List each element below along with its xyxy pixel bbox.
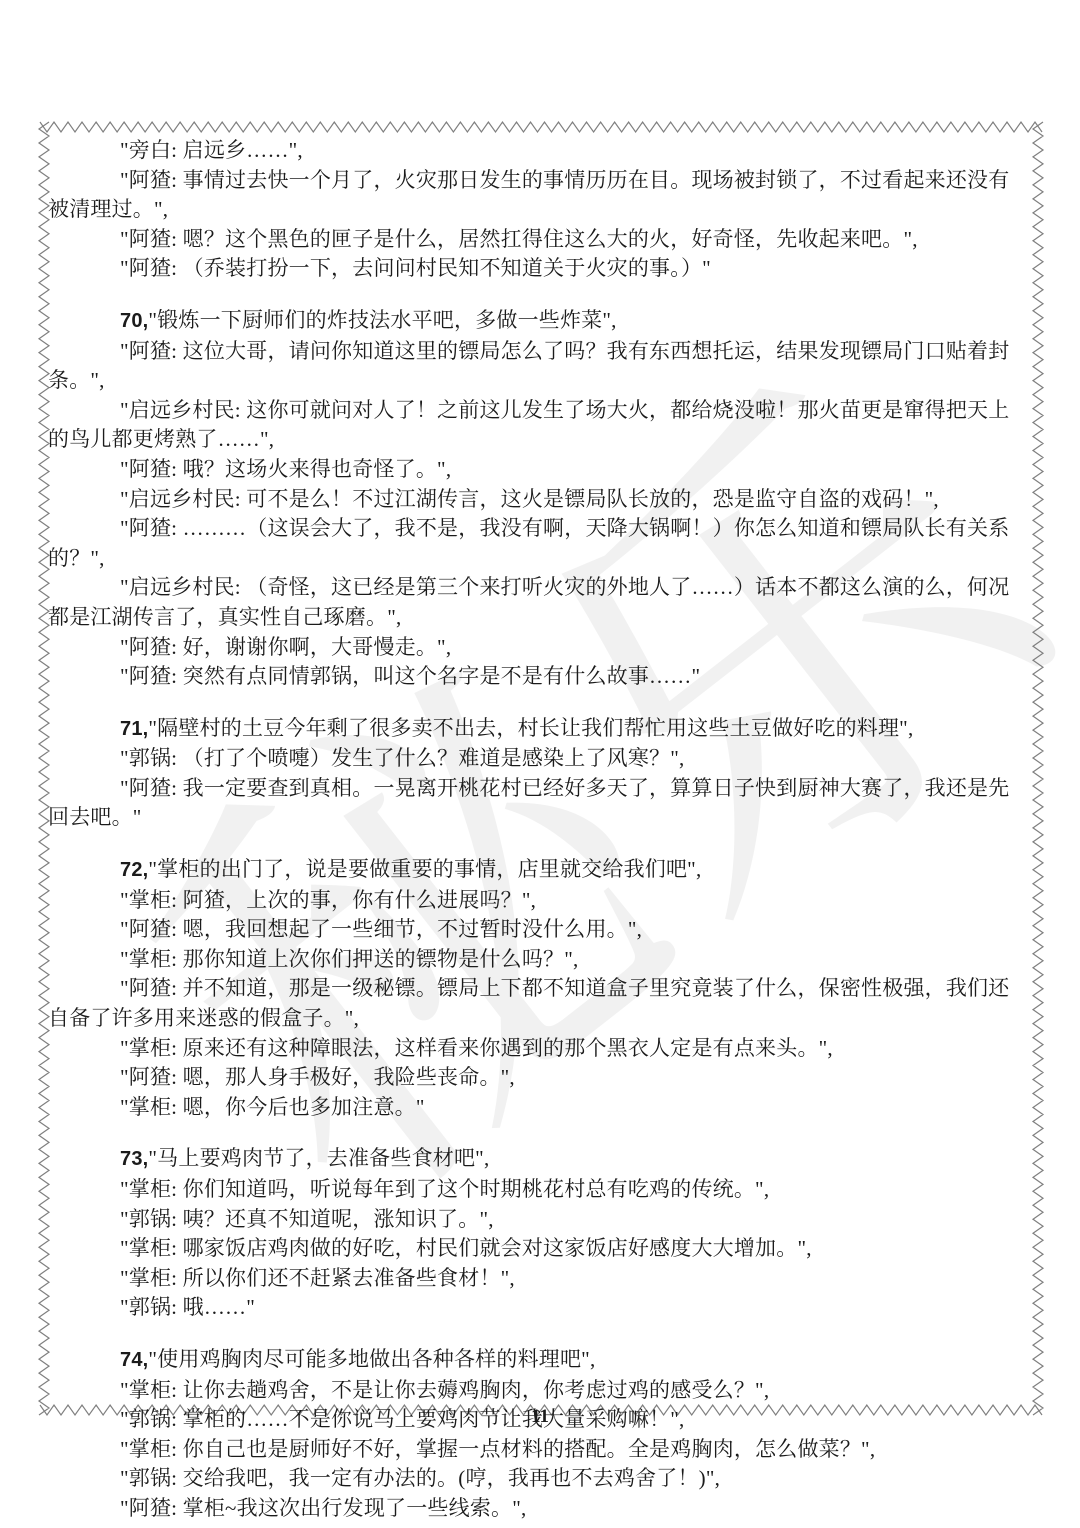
dialogue-line: "郭锅: 交给我吧，我一定有办法的。(哼，我再也不去鸡舍了！)", [48, 1464, 1028, 1494]
dialogue-line: "掌柜: 原来还有这种障眼法，这样看来你遇到的那个黑衣人定是有点来头。", [48, 1034, 1028, 1064]
section-header: 72,"掌柜的出门了，说是要做重要的事情，店里就交给我们吧", [48, 855, 1028, 886]
dialogue-line: "郭锅: （打了个喷嚏）发生了什么？难道是感染上了风寒？", [48, 744, 1028, 774]
dialogue-line: "掌柜: 阿猹，上次的事，你有什么进展吗？", [48, 886, 1028, 916]
dialogue-line: "阿猹: 并不知道，那是一级秘镖。镖局上下都不知道盒子里究竟装了什么，保密性极强… [48, 974, 1028, 1033]
dialogue-line: "阿猹: 突然有点同情郭锅，叫这个名字是不是有什么故事……" [48, 662, 1028, 692]
dialogue-line: "阿猹: 这位大哥，请问你知道这里的镖局怎么了吗？我有东西想托运，结果发现镖局门… [48, 337, 1028, 396]
page-number: 11 [0, 1406, 1080, 1428]
dialogue-section: 73,"马上要鸡肉节了，去准备些食材吧","掌柜: 你们知道吗，听说每年到了这个… [48, 1144, 1028, 1323]
dialogue-line: "掌柜: 让你去趟鸡舍，不是让你去薅鸡胸肉，你考虑过鸡的感受么？", [48, 1376, 1028, 1406]
dialogue-line: "掌柜: 你自己也是厨师好不好，掌握一点材料的搭配。全是鸡胸肉，怎么做菜？", [48, 1435, 1028, 1465]
dialogue-line: "掌柜: 所以你们还不赶紧去准备些食材！", [48, 1264, 1028, 1294]
dialogue-line: "阿猹: 我一定要查到真相。一晃离开桃花村已经好多天了，算算日子快到厨神大赛了，… [48, 774, 1028, 833]
dialogue-line: "阿猹: 哦？这场火来得也奇怪了。", [48, 455, 1028, 485]
document-body: "旁白: 启远乡……","阿猹: 事情过去快一个月了，火灾那日发生的事情历历在目… [48, 136, 1028, 1524]
section-header: 74,"使用鸡胸肉尽可能多地做出各种各样的料理吧", [48, 1345, 1028, 1376]
dialogue-section: 74,"使用鸡胸肉尽可能多地做出各种各样的料理吧","掌柜: 让你去趟鸡舍，不是… [48, 1345, 1028, 1524]
dialogue-section: "旁白: 启远乡……","阿猹: 事情过去快一个月了，火灾那日发生的事情历历在目… [48, 136, 1028, 284]
dialogue-line: "阿猹: 好，谢谢你啊，大哥慢走。", [48, 633, 1028, 663]
dialogue-line: "阿猹: ………（这误会大了，我不是，我没有啊，天降大锅啊！）你怎么知道和镖局队… [48, 514, 1028, 573]
dialogue-section: 71,"隔壁村的土豆今年剩了很多卖不出去，村长让我们帮忙用这些土豆做好吃的料理"… [48, 714, 1028, 833]
dialogue-line: "郭锅: 哦……" [48, 1293, 1028, 1323]
dialogue-line: "郭锅: 咦？还真不知道呢，涨知识了。", [48, 1205, 1028, 1235]
dialogue-section: 72,"掌柜的出门了，说是要做重要的事情，店里就交给我们吧","掌柜: 阿猹，上… [48, 855, 1028, 1122]
dialogue-line: "启远乡村民: （奇怪，这已经是第三个来打听火灾的外地人了……）话本不都这么演的… [48, 573, 1028, 632]
dialogue-line: "掌柜: 你们知道吗，听说每年到了这个时期桃花村总有吃鸡的传统。", [48, 1175, 1028, 1205]
dialogue-line: "旁白: 启远乡……", [48, 136, 1028, 166]
section-header: 70,"锻炼一下厨师们的炸技法水平吧，多做一些炸菜", [48, 306, 1028, 337]
dialogue-line: "阿猹: 掌柜~我这次出行发现了一些线索。", [48, 1494, 1028, 1524]
section-header: 71,"隔壁村的土豆今年剩了很多卖不出去，村长让我们帮忙用这些土豆做好吃的料理"… [48, 714, 1028, 745]
dialogue-line: "启远乡村民: 这你可就问对人了！之前这儿发生了场大火，都给烧没啦！那火苗更是窜… [48, 396, 1028, 455]
dialogue-line: "掌柜: 哪家饭店鸡肉做的好吃，村民们就会对这家饭店好感度大大增加。", [48, 1234, 1028, 1264]
dialogue-line: "阿猹: （乔装打扮一下，去问问村民知不知道关于火灾的事。）" [48, 254, 1028, 284]
dialogue-line: "阿猹: 嗯？这个黑色的匣子是什么，居然扛得住这么大的火，好奇怪，先收起来吧。"… [48, 225, 1028, 255]
dialogue-line: "阿猹: 嗯，那人身手极好，我险些丧命。", [48, 1063, 1028, 1093]
dialogue-line: "启远乡村民: 可不是么！不过江湖传言，这火是镖局队长放的，恐是监守自盗的戏码！… [48, 485, 1028, 515]
dialogue-line: "掌柜: 嗯，你今后也多加注意。" [48, 1093, 1028, 1123]
dialogue-section: 70,"锻炼一下厨师们的炸技法水平吧，多做一些炸菜","阿猹: 这位大哥，请问你… [48, 306, 1028, 692]
dialogue-line: "阿猹: 事情过去快一个月了，火灾那日发生的事情历历在目。现场被封锁了，不过看起… [48, 166, 1028, 225]
page-root: { "page": { "number": "11" }, "watermark… [0, 0, 1080, 1528]
dialogue-line: "阿猹: 嗯，我回想起了一些细节，不过暂时没什么用。", [48, 915, 1028, 945]
dialogue-line: "掌柜: 那你知道上次你们押送的镖物是什么吗？", [48, 945, 1028, 975]
section-header: 73,"马上要鸡肉节了，去准备些食材吧", [48, 1144, 1028, 1175]
